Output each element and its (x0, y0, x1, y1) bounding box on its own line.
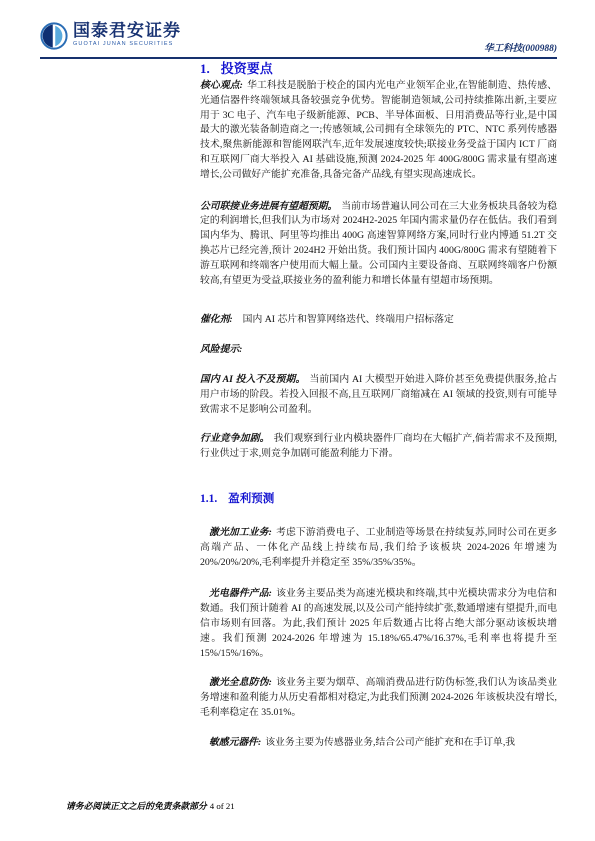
paragraph-catalyst: 催化剂:国内 AI 芯片和智算网络迭代、终端用户招标落定 (200, 313, 557, 328)
runin-label: 公司联接业务进展有望超预期。 (200, 201, 341, 212)
paragraph-text: 华工科技是脱胎于校企的国内光电产业领军企业,在智能制造、热传感、光通信器件终端领… (200, 80, 557, 180)
paragraph-text: 当前市场普遍认同公司在三大业务板块具备较为稳定的利润增长,但我们认为市场对 20… (200, 201, 557, 286)
runin-label: 激光全息防伪: (209, 677, 276, 688)
runin-label: 风险提示: (200, 344, 246, 355)
report-body: 1.投资要点 核心观点:华工科技是脱胎于校企的国内光电产业领军企业,在智能制造、… (200, 61, 557, 751)
section-number: 1. (200, 61, 210, 76)
runin-label: 催化剂: (200, 314, 243, 325)
section-heading-profit-forecast: 1.1.盈利预测 (200, 492, 557, 506)
paragraph-core-view: 核心观点:华工科技是脱胎于校企的国内光电产业领军企业,在智能制造、热传感、光通信… (200, 79, 557, 183)
footer-page-number: 4 of 21 (210, 801, 235, 811)
brand-name-en: GUOTAI JUNAN SECURITIES (73, 42, 181, 48)
paragraph-connection-business: 公司联接业务进展有望超预期。当前市场普遍认同公司在三大业务板块具备较为稳定的利润… (200, 200, 557, 289)
footer-disclaimer: 请务必阅读正文之后的免责条款部分 (66, 801, 207, 811)
header-doc-title: 华工科技(000988) (484, 40, 557, 54)
paragraph-risk-warning: 风险提示: (200, 343, 557, 358)
header-divider (40, 57, 557, 59)
paragraph-competition-risk: 行业竞争加剧。我们观察到行业内模块器件厂商均在大幅扩产,倘若需求不及预期,行业供… (200, 432, 557, 462)
gtja-logo-icon (40, 22, 68, 50)
paragraph-sensitive-components: 敏感元器件:该业务主要为传感器业务,结合公司产能扩充和在手订单,我 (200, 736, 557, 751)
paragraph-text: 该业务主要为传感器业务,结合公司产能扩充和在手订单,我 (265, 737, 515, 748)
runin-label: 光电器件产品: (209, 588, 276, 599)
section-title: 投资要点 (221, 61, 273, 76)
brand-text: 国泰君安证券 GUOTAI JUNAN SECURITIES (73, 22, 181, 48)
paragraph-ai-investment-risk: 国内 AI 投入不及预期。当前国内 AI 大模型开始进入降价甚至免费提供服务,抢… (200, 373, 557, 417)
brand-name-cn: 国泰君安证券 (73, 22, 181, 39)
page-footer: 请务必阅读正文之后的免责条款部分4 of 21 (66, 800, 235, 812)
page-header: 国泰君安证券 GUOTAI JUNAN SECURITIES 华工科技(0009… (40, 22, 557, 56)
report-page: 国泰君安证券 GUOTAI JUNAN SECURITIES 华工科技(0009… (0, 0, 595, 841)
runin-label: 敏感元器件: (209, 737, 265, 748)
paragraph-text: 国内 AI 芯片和智算网络迭代、终端用户招标落定 (243, 314, 454, 325)
section-title: 盈利预测 (228, 493, 274, 505)
runin-label: 核心观点: (200, 80, 247, 91)
runin-label: 国内 AI 投入不及预期。 (200, 374, 309, 385)
section-heading-investment-points: 1.投资要点 (200, 61, 557, 76)
runin-label: 行业竞争加剧。 (200, 433, 274, 444)
paragraph-holographic-anticounterfeit: 激光全息防伪:该业务主要为烟草、高端消费品进行防伪标签,我们认为该品类业务增速和… (200, 676, 557, 720)
runin-label: 激光加工业务: (209, 527, 276, 538)
brand-logo: 国泰君安证券 GUOTAI JUNAN SECURITIES (40, 22, 181, 50)
paragraph-optoelectronic-devices: 光电器件产品:该业务主要品类为高速光模块和终端,其中光模块需求分为电信和数通。我… (200, 587, 557, 661)
paragraph-laser-processing: 激光加工业务:考虑下游消费电子、工业制造等场景在持续复苏,同时公司在更多高端产品… (200, 526, 557, 570)
section-number: 1.1. (200, 493, 217, 505)
